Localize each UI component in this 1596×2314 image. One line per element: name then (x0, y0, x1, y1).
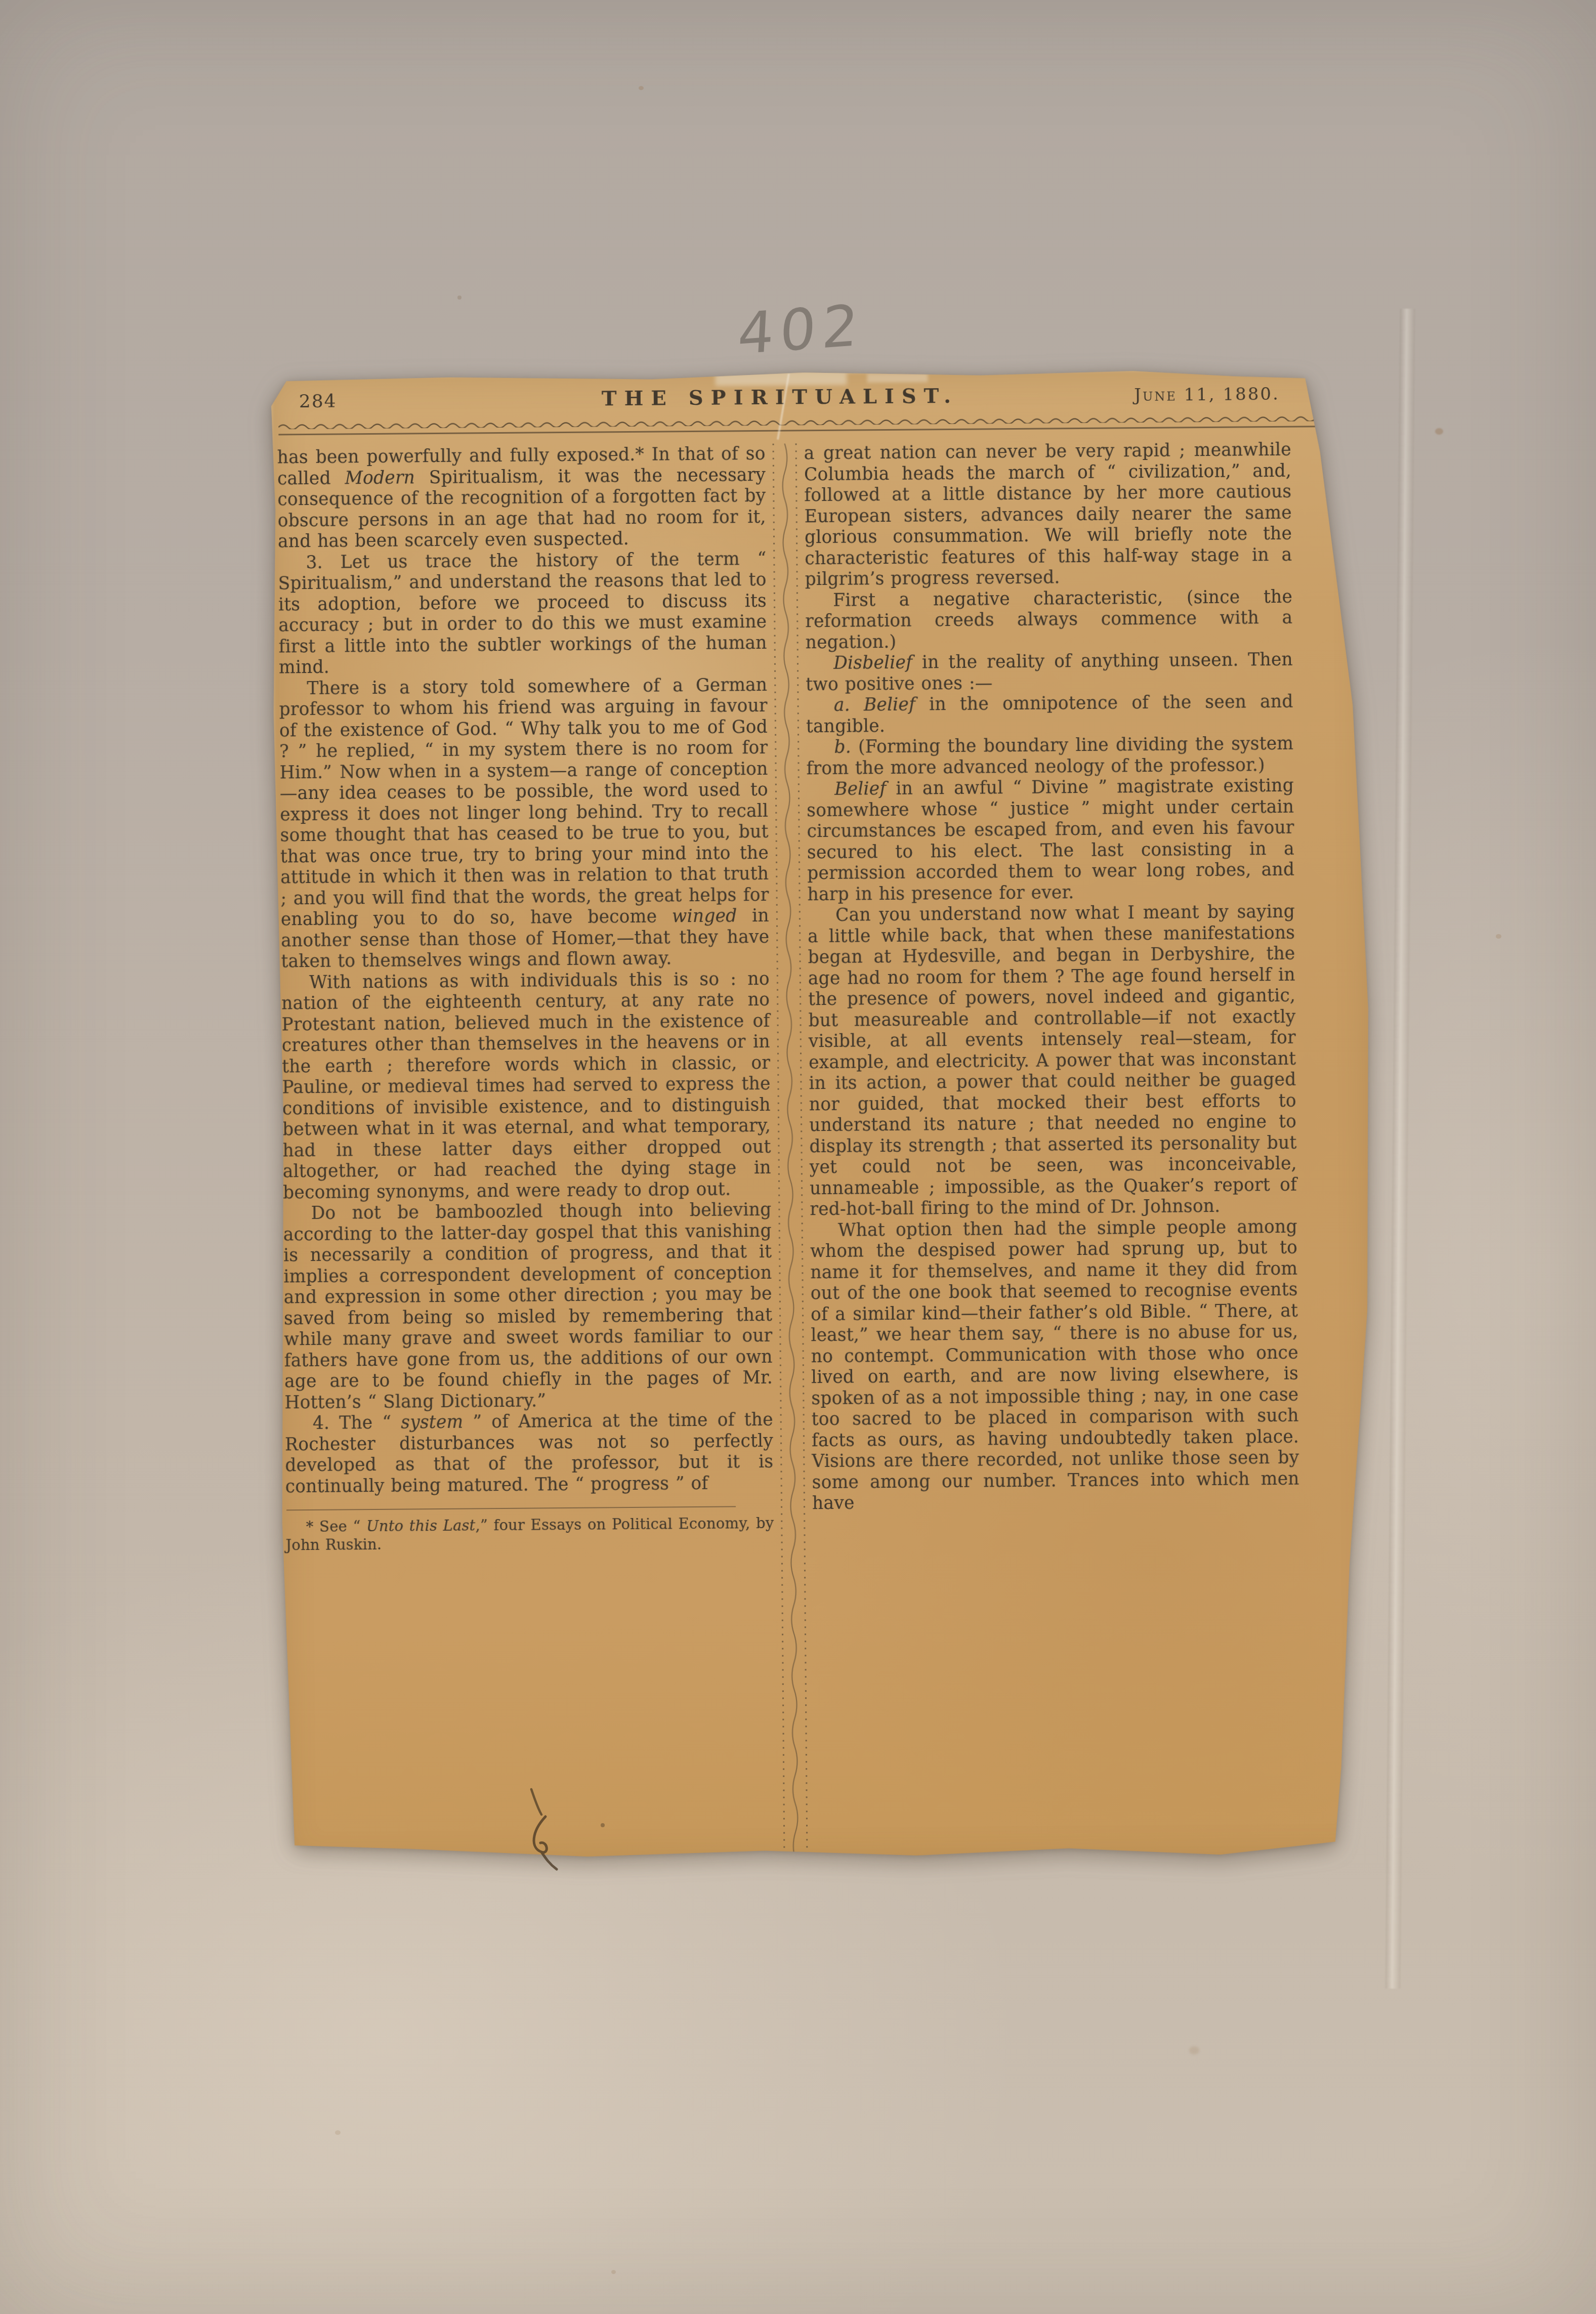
paragraph: 4. The “ system ” of America at the time… (285, 1410, 774, 1498)
italic-text: Modern (345, 468, 415, 488)
paragraph: First a negative characteristic, (since … (805, 586, 1293, 653)
paragraph: With nations as with individuals this is… (281, 969, 772, 1203)
publication-title: THE SPIRITUALIST. (602, 384, 959, 411)
paragraph: 3. Let us trace the history of the term … (278, 549, 767, 679)
abrasion-patch (867, 373, 928, 383)
paragraph: Belief in an awful “ Divine ” magistrate… (807, 776, 1295, 906)
paragraph: What option then had the simple people a… (810, 1216, 1300, 1514)
pen-slash-mark (526, 1787, 547, 1818)
ink-squiggle-mark (516, 1812, 577, 1877)
paragraph: Do not be bamboozled though into believi… (283, 1200, 773, 1414)
body-text: There is a story told somewhere of a Ger… (279, 675, 769, 930)
foxing-stain (1189, 2046, 1199, 2054)
footnote-rule (286, 1506, 736, 1510)
body-text: With nations as with individuals this is… (281, 969, 771, 1203)
body-text: * See “ (306, 1518, 367, 1535)
foxing-stain (611, 2270, 616, 2274)
abrasion-patch (715, 372, 847, 386)
foxing-stain (1496, 934, 1501, 939)
column-left: has been powerfully and fully exposed.* … (277, 444, 777, 1867)
pencil-annotation: 402 (736, 297, 865, 363)
body-text: a great nation can never be very rapid ;… (804, 440, 1292, 590)
paragraph: Disbelief in the reality of anything uns… (806, 650, 1293, 696)
italic-text: winged (672, 906, 737, 927)
text-columns: has been powerfully and fully exposed.* … (270, 427, 1378, 1867)
foxing-stain (1435, 428, 1443, 435)
foxing-stain (457, 296, 461, 300)
italic-text: a. Belief (834, 695, 916, 716)
body-text: First a negative characteristic, (since … (805, 586, 1292, 653)
paragraph: has been powerfully and fully exposed.* … (277, 444, 767, 553)
italic-text: b. (834, 737, 851, 758)
italic-text: Disbelief (833, 653, 912, 674)
foxing-stain (639, 86, 644, 90)
body-text: Can you understand now what I meant by s… (808, 902, 1297, 1220)
paragraph: b. (Forming the boundary line dividing t… (806, 734, 1294, 780)
column-right: a great nation can never be very rapid ;… (804, 440, 1303, 1867)
footnote: * See “ Unto this Last,” four Essays on … (285, 1514, 774, 1554)
ink-dot (599, 1822, 606, 1829)
foxing-stain (335, 2130, 341, 2135)
body-text: What option then had the simple people a… (810, 1216, 1299, 1513)
paragraph: Can you understand now what I meant by s… (808, 902, 1297, 1221)
paragraph: There is a story told somewhere of a Ger… (279, 675, 770, 973)
body-text: 4. The “ (313, 1413, 401, 1434)
body-text: (Forming the boundary line dividing the … (806, 734, 1293, 779)
body-text: Do not be bamboozled though into believi… (283, 1200, 773, 1413)
italic-text: Belief (834, 779, 887, 800)
page-edge-crease (1385, 309, 1415, 1989)
scanned-album-page: 402 284 THE SPIRITUALIST. June 11, 1880.… (0, 0, 1596, 2314)
body-text: 3. Let us trace the history of the term … (278, 549, 767, 678)
paragraph: a. Belief in the omnipotence of the seen… (806, 692, 1293, 738)
issue-date: June 11, 1880. (1134, 384, 1280, 405)
paragraph: a great nation can never be very rapid ;… (804, 440, 1292, 591)
clipping-paper: 284 THE SPIRITUALIST. June 11, 1880. has… (270, 368, 1378, 1867)
italic-text: Unto this Last (366, 1517, 476, 1535)
italic-text: system (401, 1412, 463, 1433)
newspaper-clipping: 284 THE SPIRITUALIST. June 11, 1880. has… (270, 368, 1378, 1867)
page-number: 284 (299, 391, 337, 412)
